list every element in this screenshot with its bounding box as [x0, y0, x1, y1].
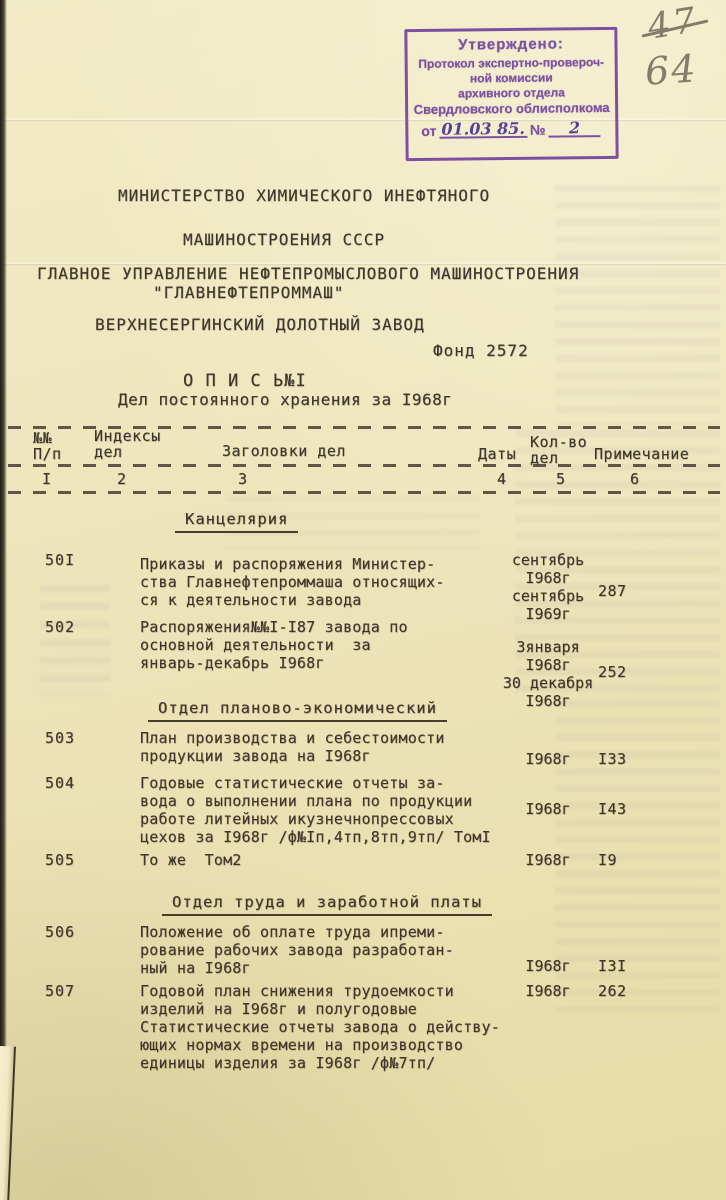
case-dates: I968г — [496, 851, 600, 869]
case-dates: I968г — [496, 982, 600, 1000]
glavk-line-1: ГЛАВНОЕ УПРАВЛЕНИЕ НЕФТЕПРОМЫСЛОВОГО МАШ… — [37, 264, 579, 283]
ministry-line-2: МАШИНОСТРОЕНИЯ СССР — [183, 230, 385, 249]
stamp-number-label: № — [530, 122, 546, 138]
underlying-page-edge — [0, 1046, 16, 1200]
case-number: 502 — [45, 618, 75, 636]
col-header-dates: Даты — [478, 446, 516, 462]
col-header-index: Индексы дел — [94, 428, 161, 460]
case-number: 506 — [45, 923, 75, 941]
case-title: План производства и себестоимости продук… — [140, 729, 542, 765]
scanned-document-page: 47 64 Утверждено: Протокол экспертно-про… — [0, 0, 726, 1200]
section-title-kancelyariya: Канцелярия — [175, 510, 298, 533]
opis-title: О П И С Ь№I — [183, 371, 307, 391]
col-number-4: 4 — [497, 470, 506, 488]
stamp-number-handwritten: 2 — [548, 121, 600, 138]
col-header-titles: Заголовки дел — [222, 443, 346, 459]
col-number-1: I — [42, 470, 51, 488]
col-number-5: 5 — [556, 470, 565, 488]
section-title-otdel-truda: Отдел труда и заработной платы — [162, 893, 492, 916]
case-count: I33 — [598, 750, 627, 768]
case-title: Приказы и распоряжения Министер- ства Гл… — [140, 555, 542, 609]
case-dates: I968г — [496, 957, 600, 975]
bleedthrough-smudge — [555, 185, 720, 425]
stamp-title: Утверждено: — [411, 35, 610, 54]
col-header-count: Кол-во дел — [530, 434, 587, 466]
approval-stamp: Утверждено: Протокол экспертно-провероч-… — [404, 27, 618, 161]
col-header-npp: №№ П/п — [33, 430, 62, 462]
col-number-3: 3 — [238, 470, 247, 488]
opis-subtitle: Дел постоянного хранения за I968г — [118, 390, 452, 409]
glavk-line-2: "ГЛАВНЕФТЕПРОММАШ" — [153, 283, 344, 302]
pencil-page-number: 64 — [644, 46, 699, 94]
case-count: 252 — [598, 663, 627, 681]
case-number: 50I — [45, 551, 75, 569]
case-title: Годовые статистические отчеты за- вода о… — [140, 774, 542, 846]
scan-edge — [0, 0, 7, 1200]
col-number-6: 6 — [630, 470, 639, 488]
stamp-date-handwritten: 01.03 85. — [439, 122, 527, 139]
case-count: 262 — [598, 982, 627, 1000]
case-title: Положение об оплате труда ипреми- ровани… — [140, 923, 542, 977]
stamp-line: Протокол экспертно-провероч- — [412, 55, 611, 72]
section-title-planovo-ekonomicheskiy: Отдел планово-экономический — [148, 699, 447, 722]
table-rule-middle — [8, 464, 720, 467]
table-rule-bottom — [8, 491, 720, 494]
col-header-note: Примечание — [594, 446, 689, 462]
factory-name: ВЕРХНЕСЕРГИНСКИЙ ДОЛОТНЫЙ ЗАВОД — [95, 315, 425, 334]
case-title: То же Том2 — [140, 851, 542, 869]
case-number: 504 — [45, 774, 75, 792]
case-title: Годовой план снижения трудоемкости издел… — [140, 982, 542, 1072]
stamp-date-row: от 01.03 85. № 2 — [412, 121, 611, 139]
stamp-line: Свердловского облисполкома — [412, 100, 611, 118]
case-title: Распоряжения№№I-I87 завода по основной д… — [140, 618, 542, 672]
case-count: I43 — [598, 800, 627, 818]
case-count: I3I — [598, 957, 627, 975]
case-number: 503 — [45, 729, 75, 747]
case-dates: I968г — [496, 750, 600, 768]
case-dates: сентябрь I968г сентябрь I969г — [496, 551, 600, 623]
case-dates: 3января I968г 30 декабря I968г — [496, 638, 600, 710]
case-dates: I968г — [496, 800, 600, 818]
case-number: 507 — [45, 982, 75, 1000]
bleedthrough-smudge — [40, 585, 110, 695]
case-number: 505 — [45, 851, 75, 869]
stamp-from-label: от — [421, 123, 436, 139]
case-count: 287 — [598, 582, 627, 600]
ministry-line-1: МИНИСТЕРСТВО ХИМИЧЕСКОГО ИНЕФТЯНОГО — [118, 186, 490, 205]
case-count: I9 — [598, 851, 617, 869]
col-number-2: 2 — [117, 470, 126, 488]
fond-number: Фонд 2572 — [433, 341, 529, 360]
